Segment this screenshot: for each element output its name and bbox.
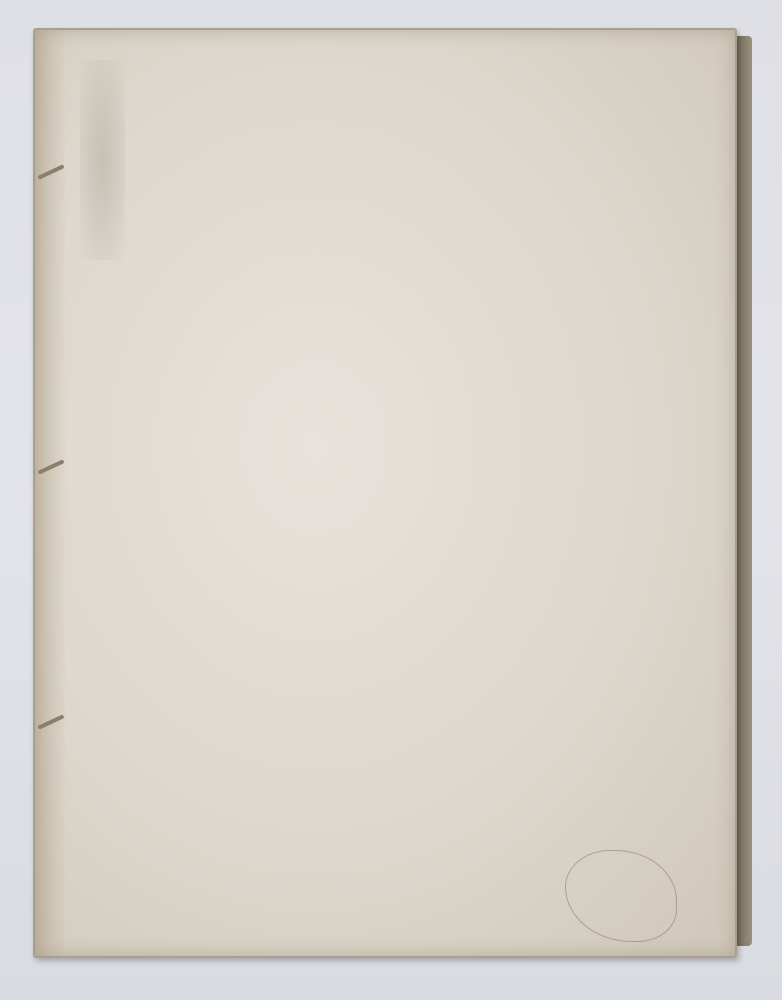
water-stain [80,60,125,260]
paper-crease [565,850,677,942]
book-cover [33,28,737,958]
